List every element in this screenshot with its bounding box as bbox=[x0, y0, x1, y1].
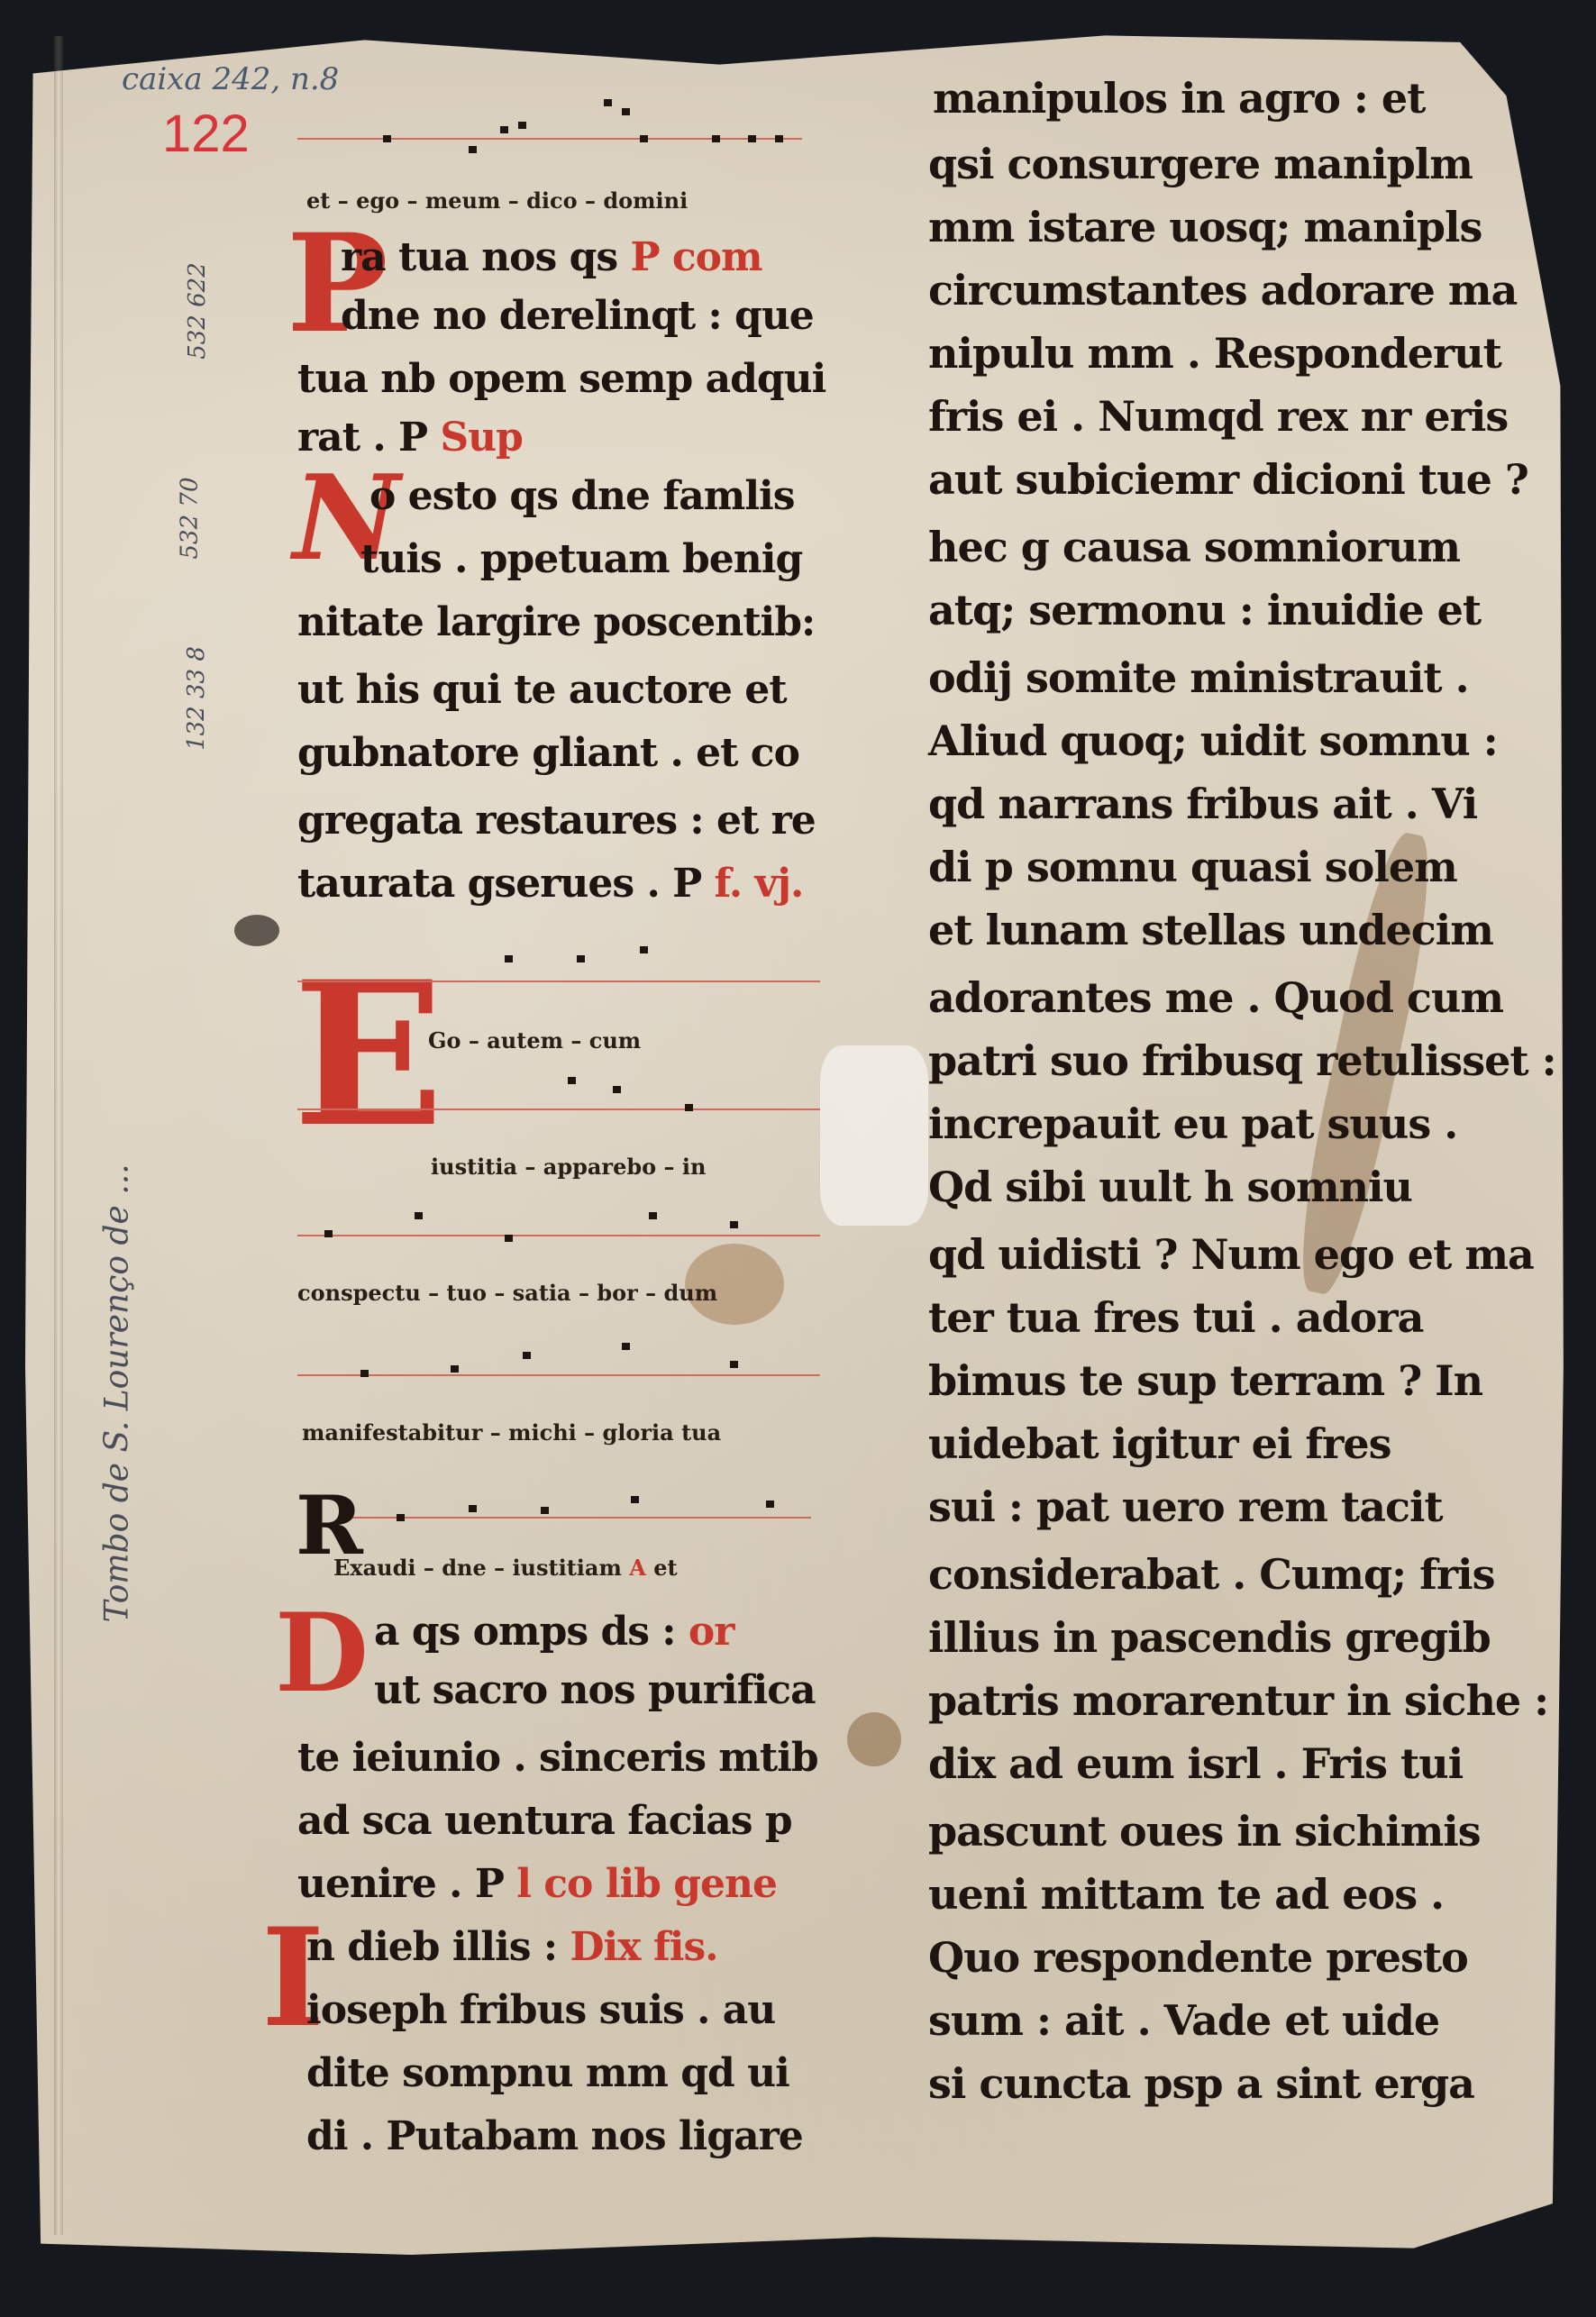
chant-lyrics: Exaudi – dne – iustitiam A et bbox=[333, 1555, 678, 1581]
text-line: a qs omps ds : or bbox=[374, 1609, 734, 1655]
neume bbox=[500, 126, 508, 133]
neume bbox=[730, 1221, 738, 1228]
neume bbox=[518, 122, 526, 129]
neume bbox=[469, 146, 477, 153]
neume bbox=[631, 1496, 639, 1503]
music-staff bbox=[342, 1517, 811, 1519]
text-line: qd uidisti ? Num ego et ma bbox=[928, 1230, 1534, 1279]
neume bbox=[577, 955, 585, 962]
initial-D: D bbox=[275, 1600, 369, 1708]
text-line: illius in pascendis gregib bbox=[928, 1613, 1491, 1662]
text-line: increpauit eu pat suus . bbox=[928, 1099, 1457, 1148]
text-line: manipulos in agro : et bbox=[933, 74, 1425, 123]
chant-lyrics: iustitia – apparebo – in bbox=[431, 1154, 706, 1180]
text-line: dne no derelinqt : que bbox=[341, 293, 814, 339]
text-line: si cuncta psp a sint erga bbox=[928, 2059, 1474, 2108]
text-line: dite sompnu mm qd ui bbox=[306, 2050, 789, 2096]
chant-lyrics: conspectu – tuo – satia – bor – dum bbox=[297, 1280, 717, 1306]
margin-numbers: 532 70 bbox=[177, 478, 204, 560]
wax-patch bbox=[820, 1045, 928, 1226]
music-staff bbox=[297, 1235, 820, 1236]
neume bbox=[730, 1361, 738, 1368]
text-line: di p somnu quasi solem bbox=[928, 843, 1457, 891]
text-line: Aliud quoq; uidit somnu : bbox=[928, 716, 1498, 765]
neume bbox=[324, 1230, 333, 1237]
text-line: sui : pat uero rem tacit bbox=[928, 1482, 1443, 1531]
vertical-margin-note: Tombo de S. Lourenço de ... bbox=[99, 1118, 136, 1623]
initial-E: E bbox=[293, 955, 444, 1154]
music-staff bbox=[297, 1108, 820, 1110]
neume bbox=[415, 1212, 423, 1219]
text-line: ra tua nos qs P com bbox=[341, 234, 762, 280]
text-line: te ieiunio . sinceris mtib bbox=[297, 1735, 818, 1781]
neume bbox=[622, 1343, 630, 1350]
chant-lyrics: Go – autem – cum bbox=[428, 1027, 641, 1054]
text-line: o esto qs dne famlis bbox=[369, 473, 795, 519]
chant-lyrics: manifestabitur – michi – gloria tua bbox=[302, 1419, 721, 1446]
neume bbox=[712, 135, 720, 142]
neume bbox=[505, 1235, 513, 1242]
text-line: fris ei . Numqd rex nr eris bbox=[928, 392, 1508, 441]
neume bbox=[775, 135, 783, 142]
text-line: taurata gserues . P f. vj. bbox=[297, 861, 803, 907]
neume bbox=[383, 135, 391, 142]
text-line: sum : ait . Vade et uide bbox=[928, 1996, 1439, 2045]
neume bbox=[604, 99, 612, 106]
text-line: ad sca uentura facias p bbox=[297, 1798, 792, 1844]
music-staff bbox=[297, 1374, 820, 1376]
neume bbox=[649, 1212, 657, 1219]
folio-number: 122 bbox=[162, 104, 250, 164]
neume bbox=[505, 955, 513, 962]
text-line: tua nb opem semp adqui bbox=[297, 356, 825, 402]
music-staff bbox=[297, 138, 802, 140]
text-line: ut sacro nos purifica bbox=[374, 1667, 816, 1713]
text-line: adorantes me . Quod cum bbox=[928, 973, 1503, 1022]
neume bbox=[640, 135, 648, 142]
neume bbox=[568, 1077, 576, 1084]
text-line: et lunam stellas undecim bbox=[928, 906, 1493, 954]
text-line: Qd sibi uult h somniu bbox=[928, 1163, 1412, 1211]
text-line: Quo respondente presto bbox=[928, 1933, 1468, 1982]
neume bbox=[766, 1501, 774, 1508]
text-line: considerabat . Cumq; fris bbox=[928, 1550, 1495, 1599]
text-line: hec g causa somniorum bbox=[928, 523, 1460, 571]
music-staff bbox=[297, 981, 820, 982]
text-line: uidebat igitur ei fres bbox=[928, 1419, 1391, 1468]
text-line: circumstantes adorare ma bbox=[928, 266, 1517, 315]
text-line: ter tua fres tui . adora bbox=[928, 1293, 1423, 1342]
brown-spot bbox=[847, 1712, 901, 1766]
text-line: nitate largire poscentib: bbox=[297, 599, 815, 645]
text-line: ioseph fribus suis . au bbox=[306, 1987, 775, 2033]
neume bbox=[451, 1365, 459, 1373]
neume bbox=[469, 1505, 477, 1512]
text-line: tuis . ppetuam benig bbox=[360, 536, 802, 582]
text-line: mm istare uosq; manipls bbox=[928, 203, 1482, 251]
text-line: patri suo fribusq retulisset : bbox=[928, 1036, 1556, 1085]
binding-fold bbox=[54, 36, 63, 2235]
margin-numbers: 132 33 8 bbox=[183, 646, 210, 751]
text-line: ut his qui te auctore et bbox=[297, 667, 787, 713]
text-line: n dieb illis : Dix fis. bbox=[306, 1924, 718, 1970]
text-line: nipulu mm . Responderut bbox=[928, 329, 1501, 378]
ink-blot bbox=[234, 915, 279, 946]
neume bbox=[523, 1352, 531, 1359]
neume bbox=[640, 946, 648, 953]
text-line: bimus te sup terram ? In bbox=[928, 1356, 1482, 1405]
text-line: qd narrans fribus ait . Vi bbox=[928, 780, 1477, 828]
text-line: di . Putabam nos ligare bbox=[306, 2113, 803, 2159]
text-line: pascunt oues in sichimis bbox=[928, 1807, 1481, 1856]
shelfmark-note: caixa 242, n.8 bbox=[122, 61, 339, 97]
text-line: odij somite ministrauit . bbox=[928, 653, 1469, 702]
neume bbox=[397, 1514, 405, 1521]
text-line: gubnatore gliant . et co bbox=[297, 730, 799, 776]
neume bbox=[748, 135, 756, 142]
text-line: dix ad eum isrl . Fris tui bbox=[928, 1739, 1463, 1788]
neume bbox=[613, 1086, 621, 1093]
margin-numbers: 532 622 bbox=[184, 262, 211, 360]
neume bbox=[541, 1507, 549, 1514]
text-line: aut subiciemr dicioni tue ? bbox=[928, 455, 1528, 504]
neume bbox=[685, 1104, 693, 1111]
text-line: atq; sermonu : inuidie et bbox=[928, 586, 1481, 634]
neume bbox=[622, 108, 630, 115]
text-line: ueni mittam te ad eos . bbox=[928, 1870, 1444, 1919]
text-line: uenire . P l co lib gene bbox=[297, 1861, 777, 1907]
text-line: qsi consurgere maniplm bbox=[928, 140, 1473, 188]
text-line: patris morarentur in siche : bbox=[928, 1676, 1548, 1725]
text-line: gregata restaures : et re bbox=[297, 798, 816, 844]
neume bbox=[360, 1370, 369, 1377]
